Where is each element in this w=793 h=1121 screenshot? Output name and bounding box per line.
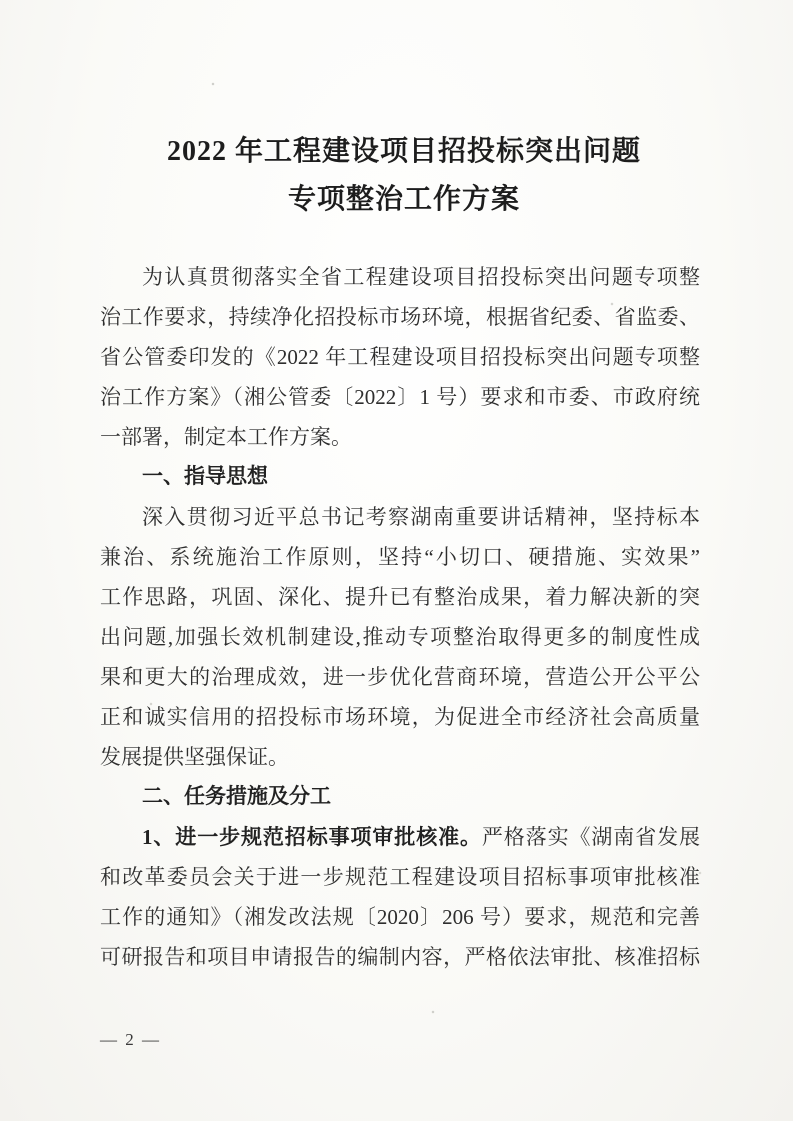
- intro-paragraph-line: 一部署，制定本工作方案。: [100, 417, 700, 457]
- document-body: 为认真贯彻落实全省工程建设项目招投标突出问题专项整 治工作要求，持续净化招投标市…: [100, 257, 700, 977]
- task1-bold-lead: 1、进一步规范招标事项审批核准。: [142, 825, 482, 849]
- scanned-document-page: 2022 年工程建设项目招投标突出问题 专项整治工作方案 为认真贯彻落实全省工程…: [0, 0, 793, 1121]
- task1-paragraph-line: 工作的通知》（湘发改法规〔2020〕206 号）要求，规范和完善: [100, 897, 700, 937]
- document-title: 2022 年工程建设项目招投标突出问题 专项整治工作方案: [104, 128, 704, 224]
- intro-paragraph-line: 为认真贯彻落实全省工程建设项目招投标突出问题专项整: [100, 257, 700, 297]
- page-number: — 2 —: [100, 1029, 161, 1051]
- task1-paragraph-line: 可研报告和项目申请报告的编制内容，严格依法审批、核准招标: [100, 937, 700, 977]
- guiding-paragraph-line: 正和诚实信用的招投标市场环境，为促进全市经济社会高质量: [100, 697, 700, 737]
- guiding-paragraph-line: 果和更大的治理成效，进一步优化营商环境，营造公开公平公: [100, 657, 700, 697]
- task1-paragraph-line: 1、进一步规范招标事项审批核准。严格落实《湖南省发展: [100, 817, 700, 857]
- section-heading-guiding-ideology: 一、指导思想: [100, 457, 700, 497]
- task1-paragraph-line: 和改革委员会关于进一步规范工程建设项目招标事项审批核准: [100, 857, 700, 897]
- guiding-paragraph-line: 深入贯彻习近平总书记考察湖南重要讲话精神，坚持标本: [100, 497, 700, 537]
- section-heading-tasks: 二、任务措施及分工: [100, 777, 700, 817]
- task1-line1-rest: 严格落实《湖南省发展: [482, 825, 700, 849]
- guiding-paragraph-line: 发展提供坚强保证。: [100, 737, 700, 777]
- guiding-paragraph-line: 兼治、系统施治工作原则，坚持“小切口、硬措施、实效果”: [100, 537, 700, 577]
- intro-paragraph-line: 省公管委印发的《2022 年工程建设项目招投标突出问题专项整: [100, 337, 700, 377]
- guiding-paragraph-line: 出问题,加强长效机制建设,推动专项整治取得更多的制度性成: [100, 617, 700, 657]
- intro-paragraph-line: 治工作要求，持续净化招投标市场环境，根据省纪委、省监委、: [100, 297, 700, 337]
- title-line-2: 专项整治工作方案: [104, 176, 704, 224]
- intro-paragraph-line: 治工作方案》（湘公管委〔2022〕1 号）要求和市委、市政府统: [100, 377, 700, 417]
- title-line-1: 2022 年工程建设项目招投标突出问题: [104, 128, 704, 176]
- guiding-paragraph-line: 工作思路，巩固、深化、提升已有整治成果，着力解决新的突: [100, 577, 700, 617]
